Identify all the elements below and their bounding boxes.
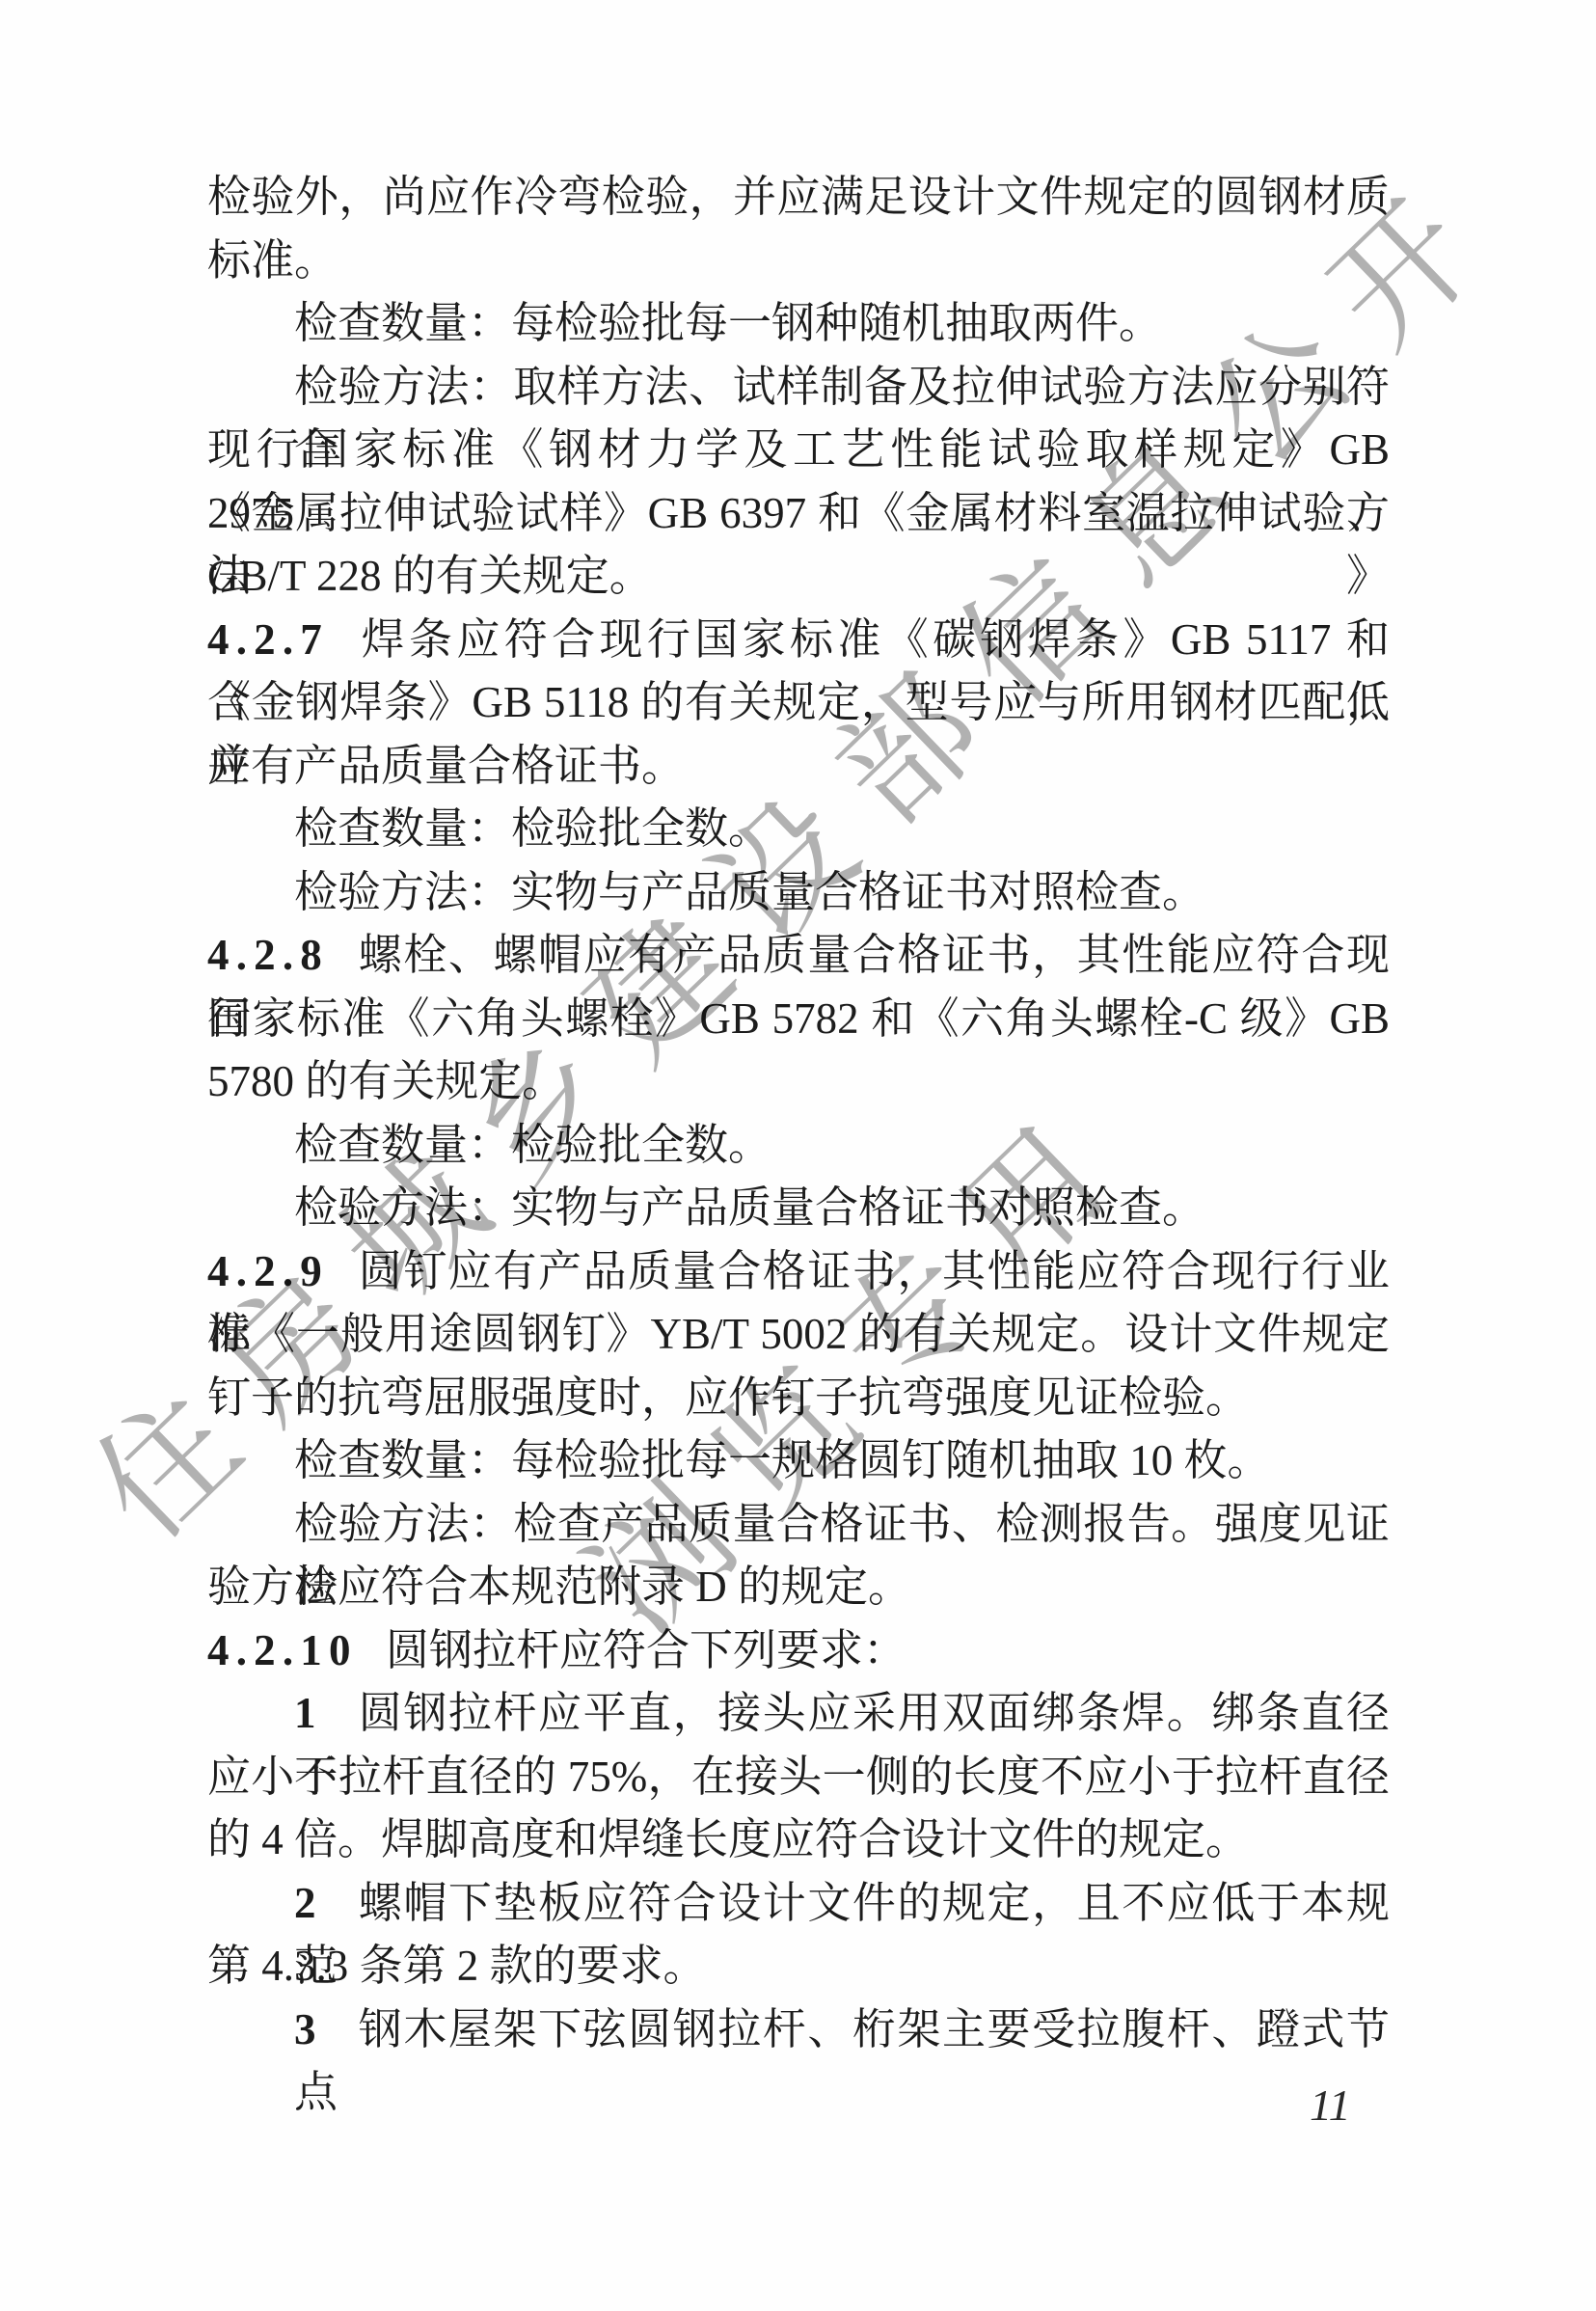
text-line: 检验方法：实物与产品质量合格证书对照检查。 [207, 861, 1390, 925]
line-text: 钉子的抗弯屈服强度时，应作钉子抗弯强度见证检验。 [207, 1373, 1249, 1422]
line-text: 检验方法：实物与产品质量合格证书对照检查。 [294, 868, 1205, 916]
text-line: 标准。 [207, 230, 1390, 293]
text-line: 1圆钢拉杆应平直，接头应采用双面绑条焊。绑条直径不 [207, 1682, 1390, 1746]
clause-number: 1 [294, 1689, 316, 1737]
line-text: GB/T 228 的有关规定。 [207, 552, 653, 600]
text-line: 验方法应符合本规范附录 D 的规定。 [207, 1556, 1390, 1619]
clause-number: 3 [294, 2005, 316, 2053]
clause-number: 4.2.7 [207, 615, 329, 664]
clause-number: 2 [294, 1879, 316, 1927]
text-line: 检查数量：每检验批每一钢种随机抽取两件。 [207, 292, 1390, 356]
line-text: 检查数量：检验批全数。 [294, 1121, 771, 1169]
text-line: 钉子的抗弯屈服强度时，应作钉子抗弯强度见证检验。 [207, 1367, 1390, 1430]
clause-number: 4.2.10 [207, 1626, 358, 1674]
page-number: 11 [1310, 2080, 1351, 2131]
line-text: 检查数量：检验批全数。 [294, 804, 771, 853]
text-line: 《金属拉伸试验试样》GB 6397 和《金属材料室温拉伸试验方法》 [207, 482, 1390, 546]
text-line: 国家标准《六角头螺栓》GB 5782 和《六角头螺栓-C 级》GB [207, 988, 1390, 1051]
line-text: 检查数量：每检验批每一规格圆钉随机抽取 10 枚。 [294, 1436, 1271, 1484]
line-text: 应有产品质量合格证书。 [207, 742, 685, 790]
line-text: 检验方法：实物与产品质量合格证书对照检查。 [294, 1183, 1205, 1232]
scanned-document-page: 检验外，尚应作冷弯检验，并应满足设计文件规定的圆钢材质标准。检查数量：每检验批每… [0, 0, 1596, 2311]
text-line: 2螺帽下垫板应符合设计文件的规定，且不应低于本规范 [207, 1872, 1390, 1936]
clause-number: 4.2.9 [207, 1247, 329, 1295]
line-text: 验方法应符合本规范附录 D 的规定。 [207, 1563, 911, 1611]
document-body: 检验外，尚应作冷弯检验，并应满足设计文件规定的圆钢材质标准。检查数量：每检验批每… [207, 166, 1390, 2061]
text-line: 检验方法：检查产品质量合格证书、检测报告。强度见证检 [207, 1493, 1390, 1557]
line-text: 检查数量：每检验批每一钢种随机抽取两件。 [294, 299, 1162, 347]
text-line: 检验方法：取样方法、试样制备及拉伸试验方法应分别符合 [207, 356, 1390, 420]
text-line: 应有产品质量合格证书。 [207, 735, 1390, 799]
line-text: 应小于拉杆直径的 75%，在接头一侧的长度不应小于拉杆直径 [207, 1753, 1390, 1801]
line-text: 的 4 倍。焊脚高度和焊缝长度应符合设计文件的规定。 [207, 1815, 1249, 1863]
line-text: 5780 的有关规定。 [207, 1057, 565, 1105]
text-line: 4.2.9圆钉应有产品质量合格证书，其性能应符合现行行业标 [207, 1240, 1390, 1304]
text-line: 检验方法：实物与产品质量合格证书对照检查。 [207, 1177, 1390, 1240]
text-line: 应小于拉杆直径的 75%，在接头一侧的长度不应小于拉杆直径 [207, 1746, 1390, 1809]
line-text: 准《一般用途圆钢钉》YB/T 5002 的有关规定。设计文件规定 [207, 1310, 1390, 1358]
line-text: 圆钢拉杆应符合下列要求： [386, 1626, 906, 1674]
text-line: 4.2.8螺栓、螺帽应有产品质量合格证书，其性能应符合现行 [207, 924, 1390, 988]
text-line: 合金钢焊条》GB 5118 的有关规定，型号应与所用钢材匹配，并 [207, 671, 1390, 735]
text-line: 5780 的有关规定。 [207, 1050, 1390, 1114]
line-text: 标准。 [207, 236, 338, 285]
text-line: 的 4 倍。焊脚高度和焊缝长度应符合设计文件的规定。 [207, 1808, 1390, 1872]
clause-number: 4.2.8 [207, 931, 329, 979]
line-text: 第 4.3.3 条第 2 款的要求。 [207, 1942, 707, 1990]
line-text: 检验外，尚应作冷弯检验，并应满足设计文件规定的圆钢材质 [207, 173, 1390, 221]
text-line: 检查数量：检验批全数。 [207, 1114, 1390, 1178]
text-line: 4.2.10圆钢拉杆应符合下列要求： [207, 1619, 1390, 1683]
text-line: 4.2.7焊条应符合现行国家标准《碳钢焊条》GB 5117 和《低 [207, 609, 1390, 672]
text-line: 现行国家标准《钢材力学及工艺性能试验取样规定》GB 2975、 [207, 419, 1390, 482]
line-text: 国家标准《六角头螺栓》GB 5782 和《六角头螺栓-C 级》GB [207, 994, 1390, 1043]
text-line: 准《一般用途圆钢钉》YB/T 5002 的有关规定。设计文件规定 [207, 1303, 1390, 1367]
line-text: 钢木屋架下弦圆钢拉杆、桁架主要受拉腹杆、蹬式节点 [294, 2005, 1390, 2117]
text-line: 3钢木屋架下弦圆钢拉杆、桁架主要受拉腹杆、蹬式节点 [207, 1998, 1390, 2062]
text-line: 检查数量：每检验批每一规格圆钉随机抽取 10 枚。 [207, 1429, 1390, 1493]
text-line: 检查数量：检验批全数。 [207, 798, 1390, 861]
text-line: 第 4.3.3 条第 2 款的要求。 [207, 1935, 1390, 1998]
text-line: 检验外，尚应作冷弯检验，并应满足设计文件规定的圆钢材质 [207, 166, 1390, 230]
